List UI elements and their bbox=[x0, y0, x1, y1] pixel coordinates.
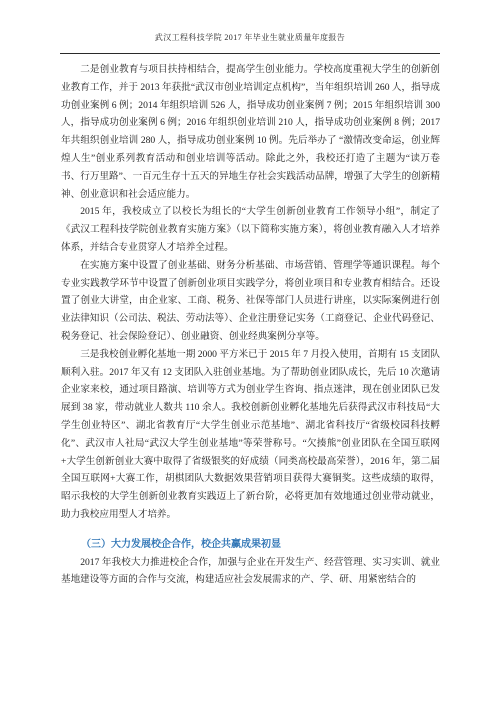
paragraph-leading-group-2015: 2015 年，我校成立了以校长为组长的“大学生创新创业教育工作领导小组”，制定了… bbox=[61, 203, 440, 256]
section-heading-school-enterprise-cooperation: （三）大力发展校企合作，校企共赢成果初显 bbox=[61, 536, 440, 554]
document-page: 武汉工程科技学院 2017 年毕业生就业质量年度报告 二是创业教育与项目扶持相结… bbox=[0, 0, 500, 707]
paragraph-implementation-plan-courses: 在实施方案中设置了创业基础、财务分析基础、市场营销、管理学等通识课程。每个专业实… bbox=[61, 257, 440, 346]
page-header-title: 武汉工程科技学院 2017 年毕业生就业质量年度报告 bbox=[0, 32, 500, 43]
paragraph-cooperation-2017: 2017 年我校大力推进校企合作，加强与企业在开发生产、经营管理、实习实训、就业… bbox=[61, 554, 440, 590]
document-body: 二是创业教育与项目扶持相结合，提高学生创业能力。学校高度重视大学生的创新创业教育… bbox=[61, 61, 440, 589]
paragraph-entrepreneurship-education: 二是创业教育与项目扶持相结合，提高学生创业能力。学校高度重视大学生的创新创业教育… bbox=[61, 61, 440, 203]
header-divider bbox=[60, 53, 440, 54]
paragraph-incubation-base: 三是我校创业孵化基地一期 2000 平方米已于 2015 年 7 月投入使用，首… bbox=[61, 346, 440, 524]
